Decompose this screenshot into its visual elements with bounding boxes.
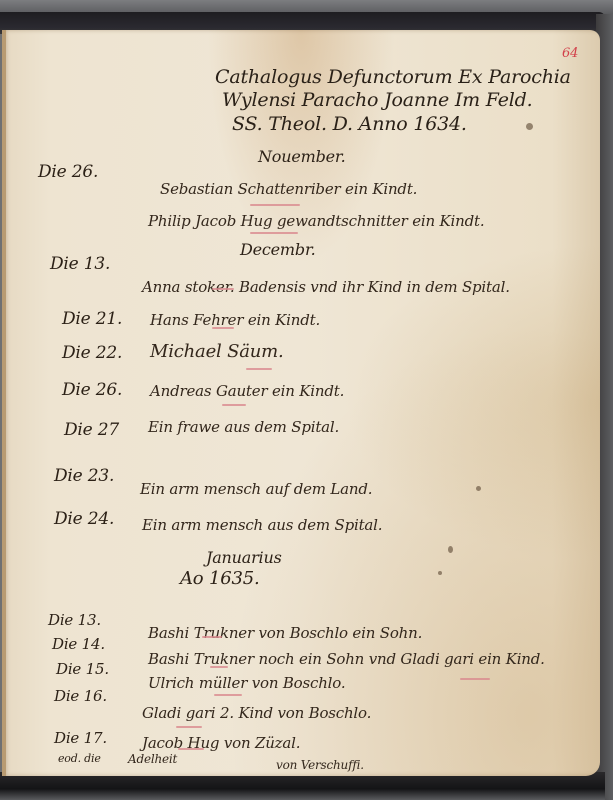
entry-text: Hans Fehrer ein Kindt. bbox=[150, 311, 320, 329]
entry-text: Ein arm mensch auf dem Land. bbox=[140, 480, 372, 498]
ink-spot bbox=[476, 486, 481, 491]
entry-text: Jacob Hug von Züzal. bbox=[142, 734, 300, 752]
entry-text: Ein arm mensch aus dem Spital. bbox=[142, 516, 382, 534]
register-heading-line-1: Cathalogus Defunctorum Ex Parochia bbox=[215, 66, 571, 88]
register-heading-line-2: Wylensi Paracho Joanne Im Feld. bbox=[222, 89, 532, 111]
red-underline-mark bbox=[246, 368, 272, 370]
register-heading-line-3: SS. Theol. D. Anno 1634. bbox=[232, 113, 467, 135]
entry-text: Ein frawe aus dem Spital. bbox=[148, 418, 339, 436]
red-underline-mark bbox=[176, 726, 202, 728]
entry-date: eod. die bbox=[58, 752, 101, 765]
entry-text: Sebastian Schattenriber ein Kindt. bbox=[160, 180, 417, 198]
entry-date: Die 21. bbox=[62, 309, 122, 329]
entry-text: Ulrich müller von Boschlo. bbox=[148, 674, 345, 692]
year-heading: Ao 1635. bbox=[180, 568, 260, 589]
ink-spot bbox=[448, 546, 453, 553]
red-underline-mark bbox=[202, 636, 222, 638]
page-gutter-edge bbox=[2, 30, 6, 776]
entry-date: Die 14. bbox=[52, 635, 105, 653]
entry-date: Die 17. bbox=[54, 729, 107, 747]
month-heading-november: Nouember. bbox=[258, 147, 345, 166]
book-cover-bottom-edge bbox=[0, 772, 605, 800]
entry-date: Die 26. bbox=[62, 380, 122, 400]
page-number: 64 bbox=[562, 46, 578, 61]
red-underline-mark bbox=[222, 404, 246, 406]
entry-date: Die 23. bbox=[54, 466, 114, 486]
red-underline-mark bbox=[212, 288, 234, 290]
entry-text: Gladi gari 2. Kind von Boschlo. bbox=[142, 704, 371, 722]
entry-text: von Verschuffi. bbox=[276, 758, 364, 772]
red-underline-mark bbox=[178, 748, 204, 750]
red-underline-mark bbox=[460, 678, 490, 680]
red-underline-mark bbox=[212, 327, 234, 329]
month-heading-december: Decembr. bbox=[240, 240, 316, 259]
red-underline-mark bbox=[250, 232, 298, 234]
entry-text: Bashi Trukner noch ein Sohn vnd Gladi ga… bbox=[148, 650, 545, 668]
entry-date: Die 22. bbox=[62, 343, 122, 363]
entry-text: Adelheit bbox=[128, 752, 177, 766]
entry-text: Bashi Trukner von Boschlo ein Sohn. bbox=[148, 624, 422, 642]
entry-date: Die 26. bbox=[38, 162, 98, 182]
entry-text: Philip Jacob Hug gewandtschnitter ein Ki… bbox=[148, 212, 484, 230]
entry-date: Die 15. bbox=[56, 660, 109, 678]
entry-text: Anna stoker. Badensis vnd ihr Kind in de… bbox=[142, 278, 510, 296]
entry-date: Die 16. bbox=[54, 687, 107, 705]
entry-text: Andreas Gauter ein Kindt. bbox=[150, 382, 344, 400]
red-underline-mark bbox=[210, 666, 228, 668]
month-heading-january: Januarius bbox=[206, 548, 282, 567]
entry-text: Michael Säum. bbox=[150, 341, 284, 362]
red-underline-mark bbox=[214, 694, 242, 696]
red-underline-mark bbox=[250, 204, 300, 206]
entry-date: Die 24. bbox=[54, 509, 114, 529]
ink-spot bbox=[526, 123, 533, 130]
entry-date: Die 13. bbox=[48, 611, 101, 629]
entry-date: Die 13. bbox=[50, 254, 110, 274]
entry-date: Die 27 bbox=[64, 420, 119, 440]
ink-spot bbox=[438, 571, 442, 575]
